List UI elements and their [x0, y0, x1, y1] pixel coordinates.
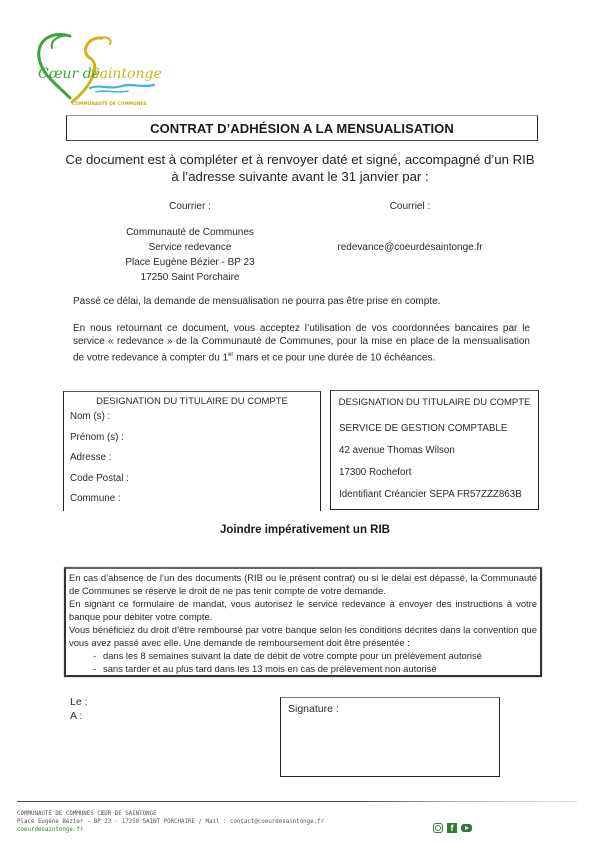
legal-bullet: -dans les 8 semaines suivant la date de … [69, 649, 537, 662]
place-label: A : [70, 710, 82, 722]
creditor-line: 17300 Rochefort [339, 462, 538, 484]
bullet-text: sans tarder et au plus tard dans les 13 … [103, 663, 437, 674]
postal-address-line: Service redevance [100, 240, 280, 255]
footer-address: Place Eugène Bézier - BP 23 - 17250 SAIN… [17, 818, 324, 826]
legal-notice-box: En cas d’absence de l’un des documents (… [64, 567, 542, 677]
date-place-section: Le : A : [70, 695, 88, 723]
postal-label: Courrier : [100, 199, 280, 214]
title-box: CONTRAT D’ADHÉSION A LA MENSUALISATION [66, 115, 538, 141]
document-title: CONTRAT D’ADHÉSION A LA MENSUALISATION [150, 121, 454, 136]
field-nom[interactable]: Nom (s) : [70, 407, 320, 428]
consent-text-end: mars et ce pour une durée de 10 échéance… [233, 352, 435, 363]
date-label: Le : [70, 696, 88, 708]
email-section: Courriel : redevance@coeurdesaintonge.fr [320, 199, 500, 255]
legal-bullet: -sans tarder et au plus tard dans les 13… [69, 662, 537, 675]
field-label: Nom (s) : [70, 411, 110, 422]
legal-paragraph: En cas d’absence de l’un des documents (… [69, 571, 537, 597]
instagram-icon[interactable] [433, 823, 443, 833]
footer-text: COMMUNAUTÉ DE COMMUNES CŒUR DE SAINTONGE… [17, 810, 324, 834]
deadline-notice: Passé ce délai, la demande de mensualisa… [73, 296, 543, 307]
signature-box[interactable]: Signature : [280, 697, 500, 777]
creditor-header: DESIGNATION DU TITULAIRE DU COMPTE [331, 397, 538, 408]
postal-address-line: Communauté de Communes [100, 225, 280, 240]
account-holder-header: DESIGNATION DU TITULAIRE DU COMPTE [64, 396, 320, 407]
intro-line-2: à l’adresse suivante avant le 31 janvier… [60, 168, 540, 185]
creditor-sepa-id: Identifiant Créancier SEPA FR57ZZZ863B [339, 484, 538, 506]
field-label: Code Postal : [70, 473, 129, 484]
creditor-line: SERVICE DE GESTION COMPTABLE [339, 418, 538, 440]
consent-paragraph: En nous retournant ce document, vous acc… [73, 322, 530, 364]
footer-divider [17, 801, 577, 802]
logo-graphic: Cœur de Saintonge COMMUNAUTÉ DE COMMUNES [30, 28, 170, 110]
footer-org-name: COMMUNAUTÉ DE COMMUNES CŒUR DE SAINTONGE [17, 810, 324, 818]
postal-address-line: 17250 Saint Porchaire [100, 270, 280, 285]
field-adresse[interactable]: Adresse : [70, 448, 320, 469]
email-label: Courriel : [320, 199, 500, 214]
logo: Cœur de Saintonge COMMUNAUTÉ DE COMMUNES [30, 28, 170, 110]
creditor-box: DESIGNATION DU TITULAIRE DU COMPTE SERVI… [330, 390, 539, 510]
postal-address-line: Place Eugène Bézier - BP 23 [100, 255, 280, 270]
account-holder-box: DESIGNATION DU TITULAIRE DU COMPTE Nom (… [63, 391, 321, 511]
date-field[interactable]: Le : [70, 695, 88, 709]
intro-line-1: Ce document est à compléter et à renvoye… [60, 151, 540, 168]
field-code-postal[interactable]: Code Postal : [70, 469, 320, 490]
svg-text:Saintonge: Saintonge [90, 66, 162, 82]
svg-text:COMMUNAUTÉ DE COMMUNES: COMMUNAUTÉ DE COMMUNES [72, 99, 147, 107]
email-address[interactable]: redevance@coeurdesaintonge.fr [320, 240, 500, 255]
signature-label: Signature : [288, 703, 499, 715]
field-prenom[interactable]: Prénom (s) : [70, 428, 320, 449]
field-commune[interactable]: Commune : [70, 489, 320, 510]
youtube-icon[interactable] [461, 824, 472, 832]
place-field[interactable]: A : [70, 709, 88, 723]
field-label: Commune : [70, 493, 121, 504]
social-icons: f [433, 823, 472, 833]
legal-paragraph: Vous bénéficiez du droit d’être rembours… [69, 623, 537, 649]
bullet-text: dans les 8 semaines suivant la date de d… [103, 650, 482, 661]
field-label: Adresse : [70, 452, 111, 463]
rib-required-note: Joindre impérativement un RIB [60, 524, 550, 536]
bullet-dash: - [93, 649, 96, 662]
legal-paragraph: En signant ce formulaire de mandat, vous… [69, 597, 537, 623]
creditor-line: 42 avenue Thomas Wilson [339, 440, 538, 462]
postal-address-section: Courrier : Communauté de Communes Servic… [100, 199, 280, 285]
footer-website[interactable]: coeurdesaintonge.fr [17, 826, 324, 834]
intro-text: Ce document est à compléter et à renvoye… [60, 151, 540, 185]
field-label: Prénom (s) : [70, 432, 124, 443]
bullet-dash: - [93, 662, 96, 675]
facebook-icon[interactable]: f [447, 823, 457, 833]
